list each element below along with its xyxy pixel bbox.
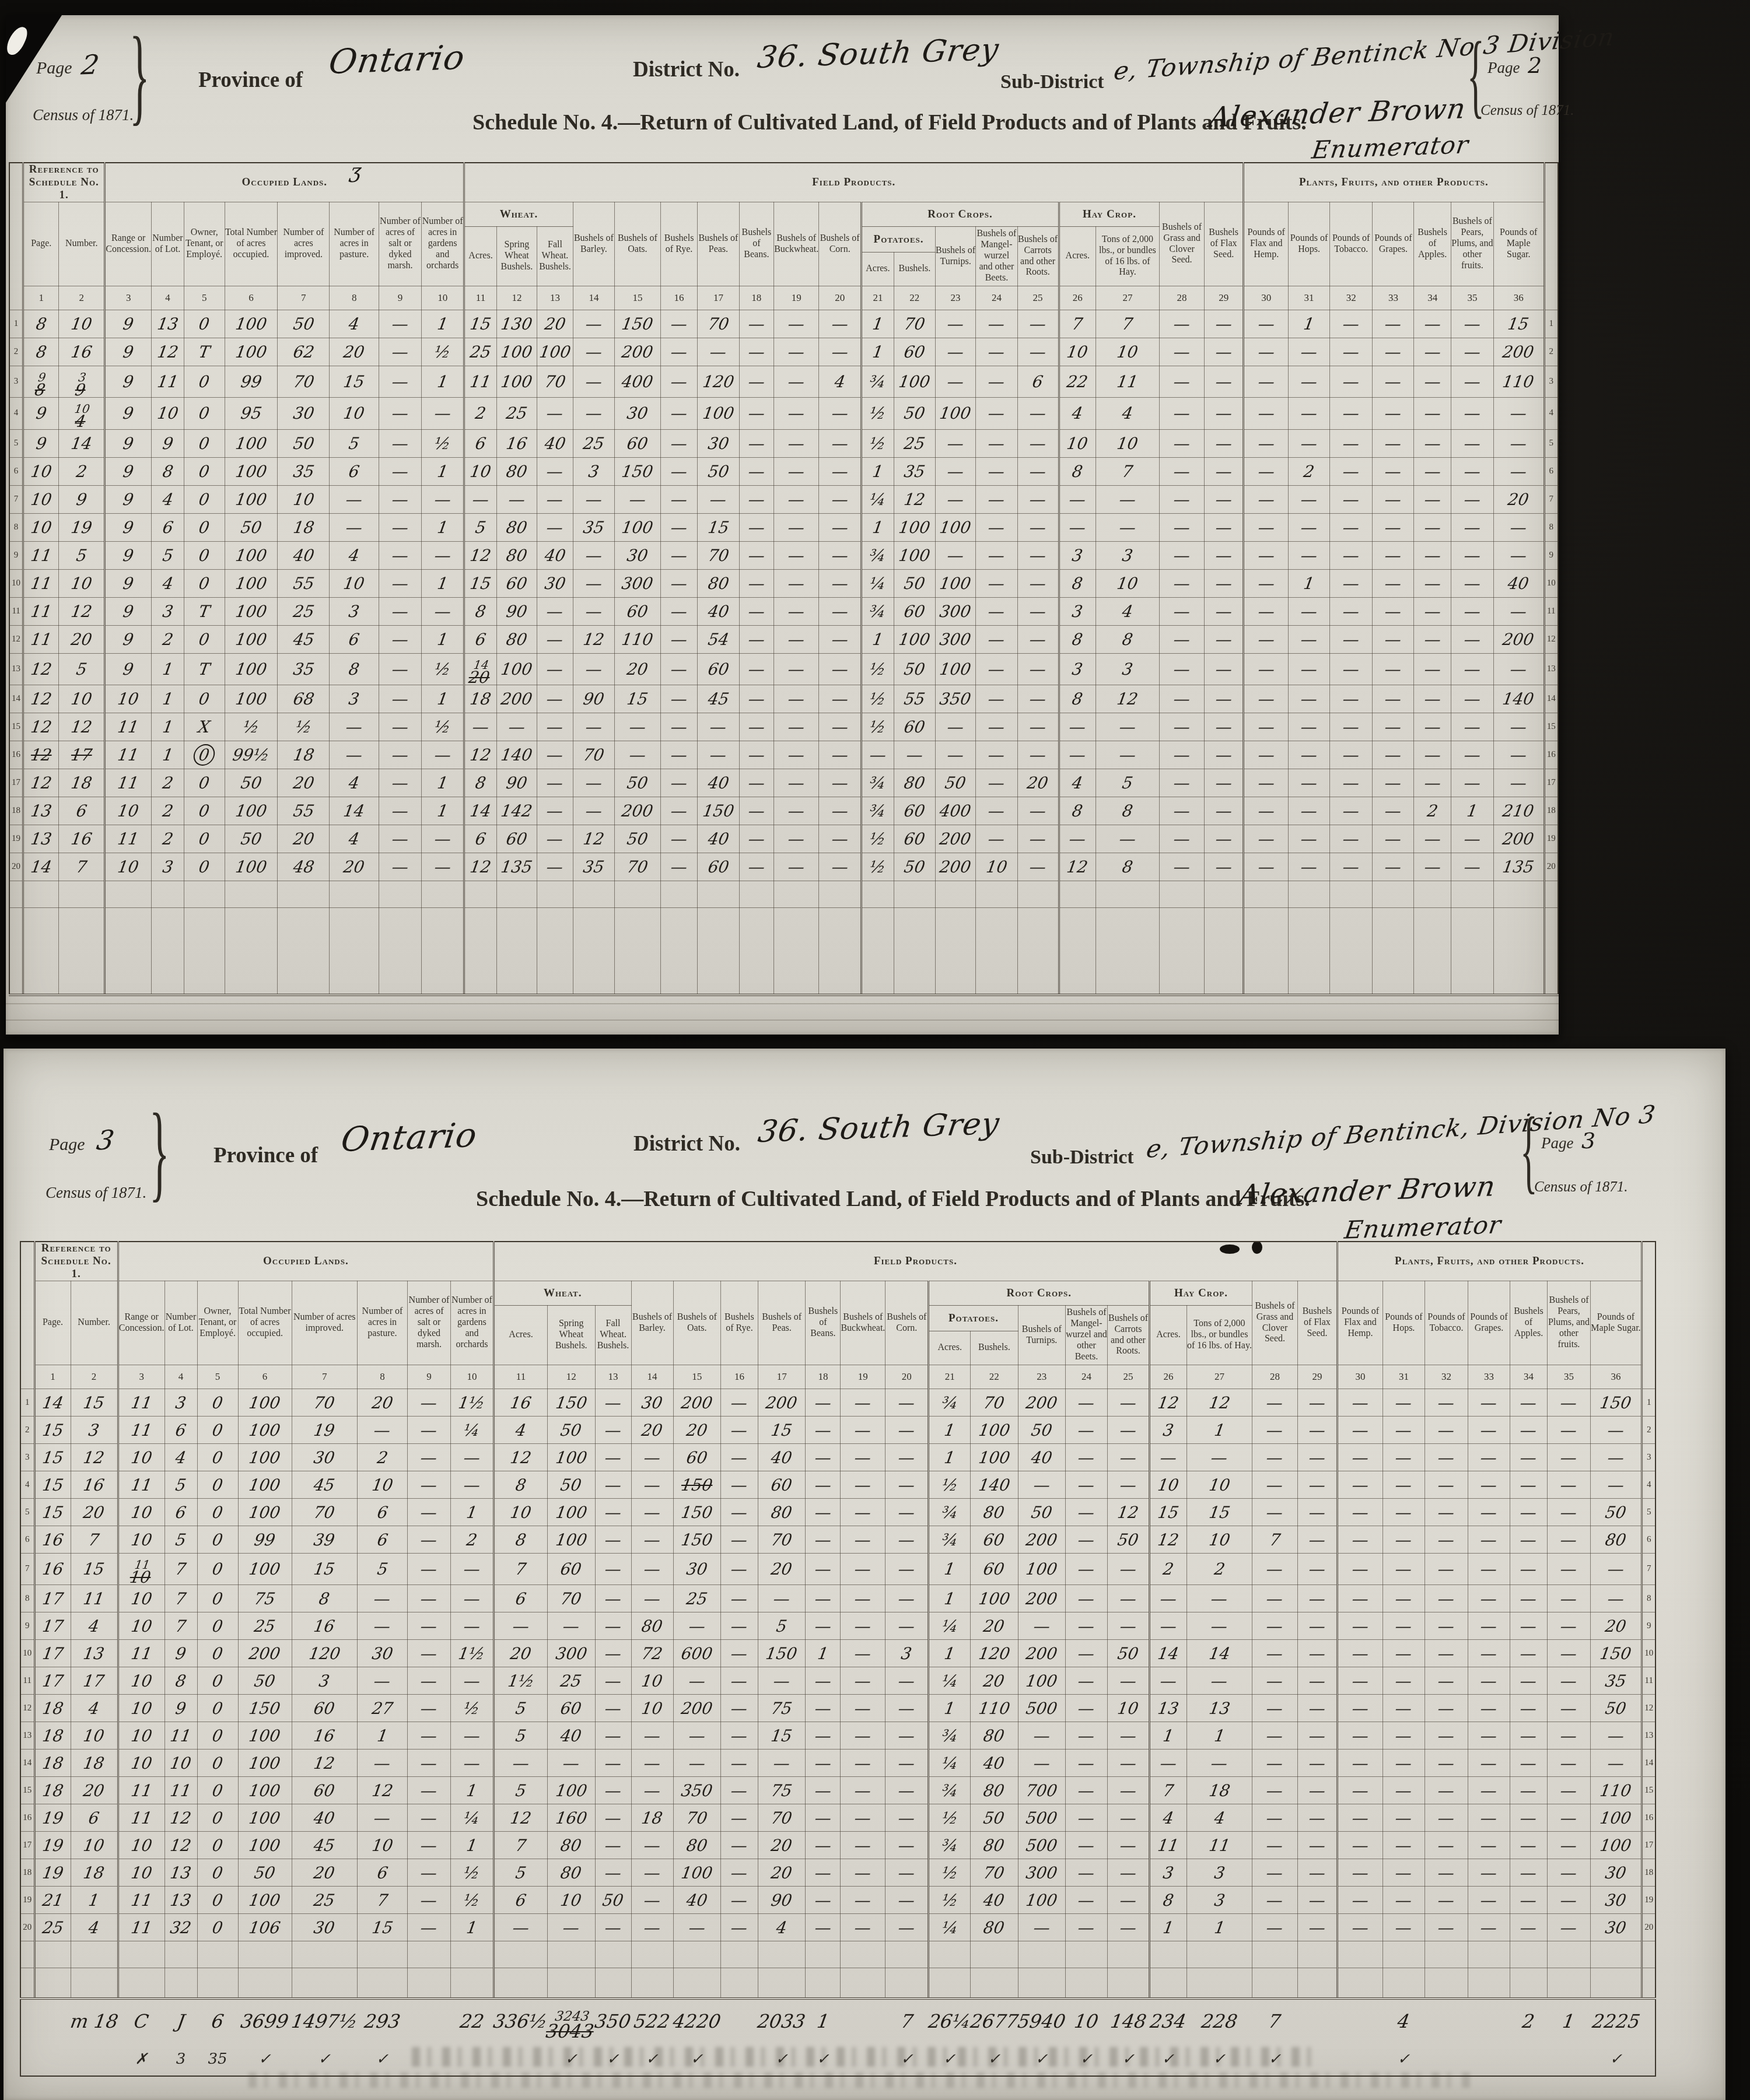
cell: 10 [1059,429,1095,457]
cell: 40 [537,429,573,457]
cell: — [422,741,464,769]
cell: 14 [59,429,105,457]
cell: — [614,741,660,769]
cell: — [1107,1777,1149,1804]
cell: 200 [1018,1526,1065,1554]
cell: — [1204,853,1243,881]
row-number-right: 16 [1641,1804,1655,1832]
column-header: Pounds of Maple Sugar. [1493,202,1544,286]
column-header: Fall Wheat.Bushels. [595,1306,631,1365]
total-cell: 2225 [1590,1999,1641,2043]
cell: 20 [278,769,330,797]
row-number-right: 8 [1544,513,1558,541]
row-number-right: 20 [1641,1914,1655,1941]
cell: 15 [758,1722,805,1750]
cell: 50 [225,769,278,797]
column-number: 36 [1590,1365,1641,1389]
cell: — [739,485,774,513]
cell: 120 [698,366,739,398]
cell: 100 [894,625,935,653]
total-cell: 26¼ [929,1999,971,2043]
cell: 8 [464,769,496,797]
cell: — [1547,1471,1590,1499]
cell: 160 [548,1804,595,1832]
column-header: Bushels of Carrots and other Roots. [1107,1306,1149,1365]
cell: — [1451,653,1493,685]
cell: 100 [673,1859,720,1887]
cell: 50 [1590,1499,1641,1526]
cell: 72 [631,1640,673,1667]
cell: — [774,541,819,569]
cell: 99 [225,366,278,398]
cell: 11 [1095,366,1159,398]
cell: — [976,310,1017,338]
cell: — [819,853,862,881]
cell: 16 [34,1554,71,1585]
cell: — [1451,597,1493,625]
cell: 9 [105,597,152,625]
cell: 8 [494,1526,547,1554]
cell: 6 [357,1499,407,1526]
cell: — [1107,1914,1149,1941]
cell: — [379,541,421,569]
cell: — [595,1750,631,1777]
cell: — [1510,1612,1547,1640]
column-header: Acres. [862,253,894,286]
cell: 25 [496,398,537,429]
row-number-left: 20 [20,1914,34,1941]
cell: 100 [935,569,975,597]
cell: 80 [1590,1526,1641,1554]
cell: 2 [1289,457,1330,485]
cell: 200 [673,1389,720,1417]
cell: — [379,569,421,597]
cell: 50 [1018,1499,1065,1526]
cell: 70 [894,310,935,338]
cell: — [1468,1640,1510,1667]
cell: 60 [894,797,935,825]
cell: — [379,485,421,513]
cell: 0 [184,541,225,569]
cell: 15 [34,1471,71,1499]
row-number-left: 5 [20,1499,34,1526]
row-number-left: 1 [20,1389,34,1417]
cell: — [1510,1444,1547,1471]
cell: — [1065,1554,1107,1585]
cell: — [1297,1750,1337,1777]
column-header: Bushels of Mangel-wurzel and other Beets… [976,227,1017,286]
cell: — [1204,797,1243,825]
cell: — [1252,1722,1297,1750]
cell: 100 [496,366,537,398]
cell: — [450,1554,494,1585]
row-number-left: 3 [20,1444,34,1471]
column-header: Range or Concession. [118,1281,164,1365]
cell: — [1289,338,1330,366]
cell: — [1017,569,1059,597]
column-header: Pounds of Hops. [1382,1281,1424,1365]
cell: 0 [184,485,225,513]
cell: 35 [573,513,614,541]
cell: — [660,653,697,685]
cell: 60 [673,1444,720,1471]
cell: ½ [450,1887,494,1914]
cell: — [976,338,1017,366]
cell: — [1373,457,1414,485]
cell: — [1244,653,1289,685]
cell: 54 [698,625,739,653]
cell: 27 [357,1695,407,1722]
cell: — [1468,1667,1510,1695]
cell: 11 [152,366,184,398]
cell: — [819,513,862,541]
cell: — [1424,1914,1468,1941]
cell: 19 [34,1832,71,1859]
cell: — [885,1417,929,1444]
row-number-right: 11 [1641,1667,1655,1695]
cell: — [698,713,739,741]
cell: 80 [698,569,739,597]
cell: — [660,769,697,797]
cell: 1 [357,1722,407,1750]
row-number-right: 15 [1641,1777,1655,1804]
column-header: Number. [71,1281,118,1365]
cell: ¼ [450,1804,494,1832]
column-number: 20 [885,1365,929,1389]
cell: — [614,713,660,741]
cell: — [1244,457,1289,485]
cell: 68 [278,685,330,713]
cell: — [976,597,1017,625]
cell: — [1510,1804,1547,1832]
cell: — [407,1804,450,1832]
cell: — [1065,1526,1107,1554]
cell: — [1382,1444,1424,1471]
row-number-left: 1 [9,310,23,338]
cell: — [1590,1750,1641,1777]
cell: — [1547,1444,1590,1471]
cell: 1420 [464,653,496,685]
column-number: 28 [1252,1365,1297,1389]
column-number: 27 [1095,286,1159,310]
column-number: 20 [819,286,862,310]
cell: — [1330,825,1373,853]
cell: — [1252,1389,1297,1417]
cell: — [1373,429,1414,457]
cell: 9 [152,429,184,457]
row-number-left: 18 [9,797,23,825]
cell: 35 [894,457,935,485]
cell: — [841,1444,885,1471]
cell: 60 [548,1695,595,1722]
cell: 80 [971,1499,1018,1526]
cell: 2 [450,1526,494,1554]
cell: 12 [59,713,105,741]
cell: — [1373,513,1414,541]
cell: — [1373,366,1414,398]
cell: — [774,853,819,881]
cell: — [1373,569,1414,597]
cell: 5 [494,1859,547,1887]
column-number: 14 [573,286,614,310]
cell: 50 [238,1667,292,1695]
cell: — [1468,1526,1510,1554]
cell: 200 [1018,1585,1065,1612]
cell: — [1204,310,1243,338]
cell: — [720,1804,758,1832]
row-number-left: 11 [20,1667,34,1695]
cell: 60 [698,853,739,881]
cell: 150 [698,797,739,825]
cell: 140 [971,1471,1018,1499]
left-brace: } [149,1089,170,1215]
cell: — [631,1859,673,1887]
column-header: Fall Wheat.Bushels. [537,227,573,286]
column-header: Spring WheatBushels. [548,1306,595,1365]
cell: — [976,769,1017,797]
cell: 35 [278,457,330,485]
column-number: 32 [1424,1365,1468,1389]
cell: — [1244,429,1289,457]
cell: — [595,1612,631,1640]
cell: — [357,1667,407,1695]
cell: 100 [698,398,739,429]
cell: 100 [238,1722,292,1750]
cell: 100 [614,513,660,541]
column-header: Acres. [929,1331,971,1365]
cell: 20 [971,1612,1018,1640]
cell: — [1547,1612,1590,1640]
row-number-right: 2 [1544,338,1558,366]
cell: 30 [1590,1859,1641,1887]
cell: 40 [1493,569,1544,597]
column-header: Number of acres in gardens and orchards [450,1281,494,1365]
cell: — [1244,513,1289,541]
cell: — [1252,1804,1297,1832]
cell: — [1414,398,1451,429]
cell: — [357,1612,407,1640]
cell: 9 [105,457,152,485]
cell: 13 [152,310,184,338]
cell: ¼ [929,1667,971,1695]
cell: — [1330,541,1373,569]
cell: — [1424,1554,1468,1585]
cell: 140 [1493,685,1544,713]
cell: — [1289,597,1330,625]
cell: — [1204,769,1243,797]
cell: — [1149,1444,1186,1471]
column-header: Bushels of Turnips. [935,227,975,286]
cell: 12 [464,853,496,881]
cell: 60 [292,1777,357,1804]
cell: 2 [1149,1554,1186,1585]
cell: 6 [164,1417,197,1444]
cell: 60 [496,569,537,597]
cell: — [1451,366,1493,398]
cell: 14 [1186,1640,1252,1667]
cell: 55 [278,569,330,597]
row-number-right: 13 [1544,653,1558,685]
cell: 35 [573,853,614,881]
column-header: Number of acres in pasture. [357,1281,407,1365]
column-header: Bushels of Peas. [698,202,739,286]
cell: — [1204,597,1243,625]
cell: 10 [1186,1471,1252,1499]
cell: — [885,1914,929,1941]
cell: — [739,769,774,797]
cell: — [1382,1417,1424,1444]
column-number: 17 [698,286,739,310]
column-number: 34 [1510,1365,1547,1389]
cell: — [1510,1887,1547,1914]
cell: — [1424,1444,1468,1471]
column-header: Pounds of Grapes. [1373,202,1414,286]
cell: — [1204,513,1243,541]
cell: — [1018,1471,1065,1499]
cell: — [739,741,774,769]
ink-transfer-ghost-text [412,2047,1322,2067]
cell: 10 [71,1722,118,1750]
column-header: Bushels. [894,253,935,286]
cell: ½ [929,1859,971,1887]
cell: 70 [548,1585,595,1612]
column-header: Bushels of Buckwheat. [841,1281,885,1365]
cell: — [1095,825,1159,853]
cell: — [631,1832,673,1859]
cell: 7 [59,853,105,881]
cell: 4 [1059,769,1095,797]
cell: 20 [278,825,330,853]
cell: 0 [197,1640,238,1667]
column-header: Bushels of Mangel-wurzel and other Beets… [1065,1306,1107,1365]
cell: — [1510,1471,1547,1499]
cell: 10 [357,1471,407,1499]
cell: — [494,1914,547,1941]
cell: 60 [894,597,935,625]
cell: — [1337,1804,1382,1832]
cell: — [537,513,573,541]
cell: 14 [1149,1640,1186,1667]
cell: — [819,457,862,485]
cell: ½ [862,653,894,685]
cell: — [1373,541,1414,569]
cell: 9 [23,429,59,457]
row-number-right: 14 [1544,685,1558,713]
cell: — [935,485,975,513]
cell: 0 [184,685,225,713]
cell: 15 [34,1417,71,1444]
cell: — [1330,625,1373,653]
cell: — [885,1554,929,1585]
cell: 150 [673,1471,720,1499]
cell: — [1095,513,1159,541]
cell: — [1337,1444,1382,1471]
cell: 600 [673,1640,720,1667]
cell: — [1337,1585,1382,1612]
cell: 16 [59,338,105,366]
cell: ½ [929,1471,971,1499]
cell: 10 [118,1585,164,1612]
cell: — [1107,1832,1149,1859]
cell: 10 [1095,429,1159,457]
cell: 80 [971,1777,1018,1804]
cell: 150 [673,1499,720,1526]
row-number-right: 18 [1641,1859,1655,1887]
cell: — [450,1444,494,1471]
column-number: 1 [34,1365,71,1389]
cell: 8 [330,653,379,685]
cell: 100 [935,513,975,541]
cell: 3 [1059,653,1095,685]
cell: — [1065,1695,1107,1722]
column-header: Acres. [464,227,496,286]
row-number-left: 18 [20,1859,34,1887]
cell: 10 [105,797,152,825]
cell: 30 [292,1444,357,1471]
cell: — [1252,1585,1297,1612]
cell: 3 [1149,1859,1186,1887]
cell: — [1252,1914,1297,1941]
cell: 10 [494,1499,547,1526]
cell: — [1289,713,1330,741]
cell: — [1244,685,1289,713]
cell: 60 [971,1554,1018,1585]
cell: 8 [1059,457,1095,485]
cell: 300 [614,569,660,597]
column-number: 36 [1493,286,1544,310]
total-cell: 293 [357,1999,407,2043]
cell: 50 [548,1417,595,1444]
cell: — [1510,1695,1547,1722]
cell: — [1017,310,1059,338]
row-number-left: 12 [20,1695,34,1722]
cell: — [379,513,421,541]
cell: 100 [1018,1887,1065,1914]
cell: — [1160,541,1205,569]
cell: 200 [496,685,537,713]
cell: 60 [894,825,935,853]
row-number-right: 8 [1641,1585,1655,1612]
cell: 150 [614,457,660,485]
column-header: Range or Concession. [105,202,152,286]
column-header: Bushels of Beans. [739,202,774,286]
cell: 70 [573,741,614,769]
cell: 6 [152,513,184,541]
cell: 200 [614,797,660,825]
cell: — [1493,713,1544,741]
cell: — [819,797,862,825]
cell: 12 [464,541,496,569]
cell: 60 [496,825,537,853]
cell: — [1244,366,1289,398]
cell: — [660,741,697,769]
cell: — [1252,1750,1297,1777]
cell: 95 [225,398,278,429]
column-header: Tons of 2,000 lbs., or bundles of 16 lbs… [1186,1306,1252,1365]
cell: — [407,1695,450,1722]
cell: — [758,1585,805,1612]
cell: — [1337,1471,1382,1499]
column-header: Pounds of Flax and Hemp. [1337,1281,1382,1365]
cell: 15 [330,366,379,398]
cell: 10 [548,1887,595,1914]
cell: 200 [1493,338,1544,366]
column-header: Bushels of Barley. [631,1281,673,1365]
cell: — [720,1667,758,1695]
cell: 39 [59,366,105,398]
schedule4-table-page3: Reference to Schedule No. 1.Occupied Lan… [20,1241,1656,2077]
cell: — [1330,769,1373,797]
